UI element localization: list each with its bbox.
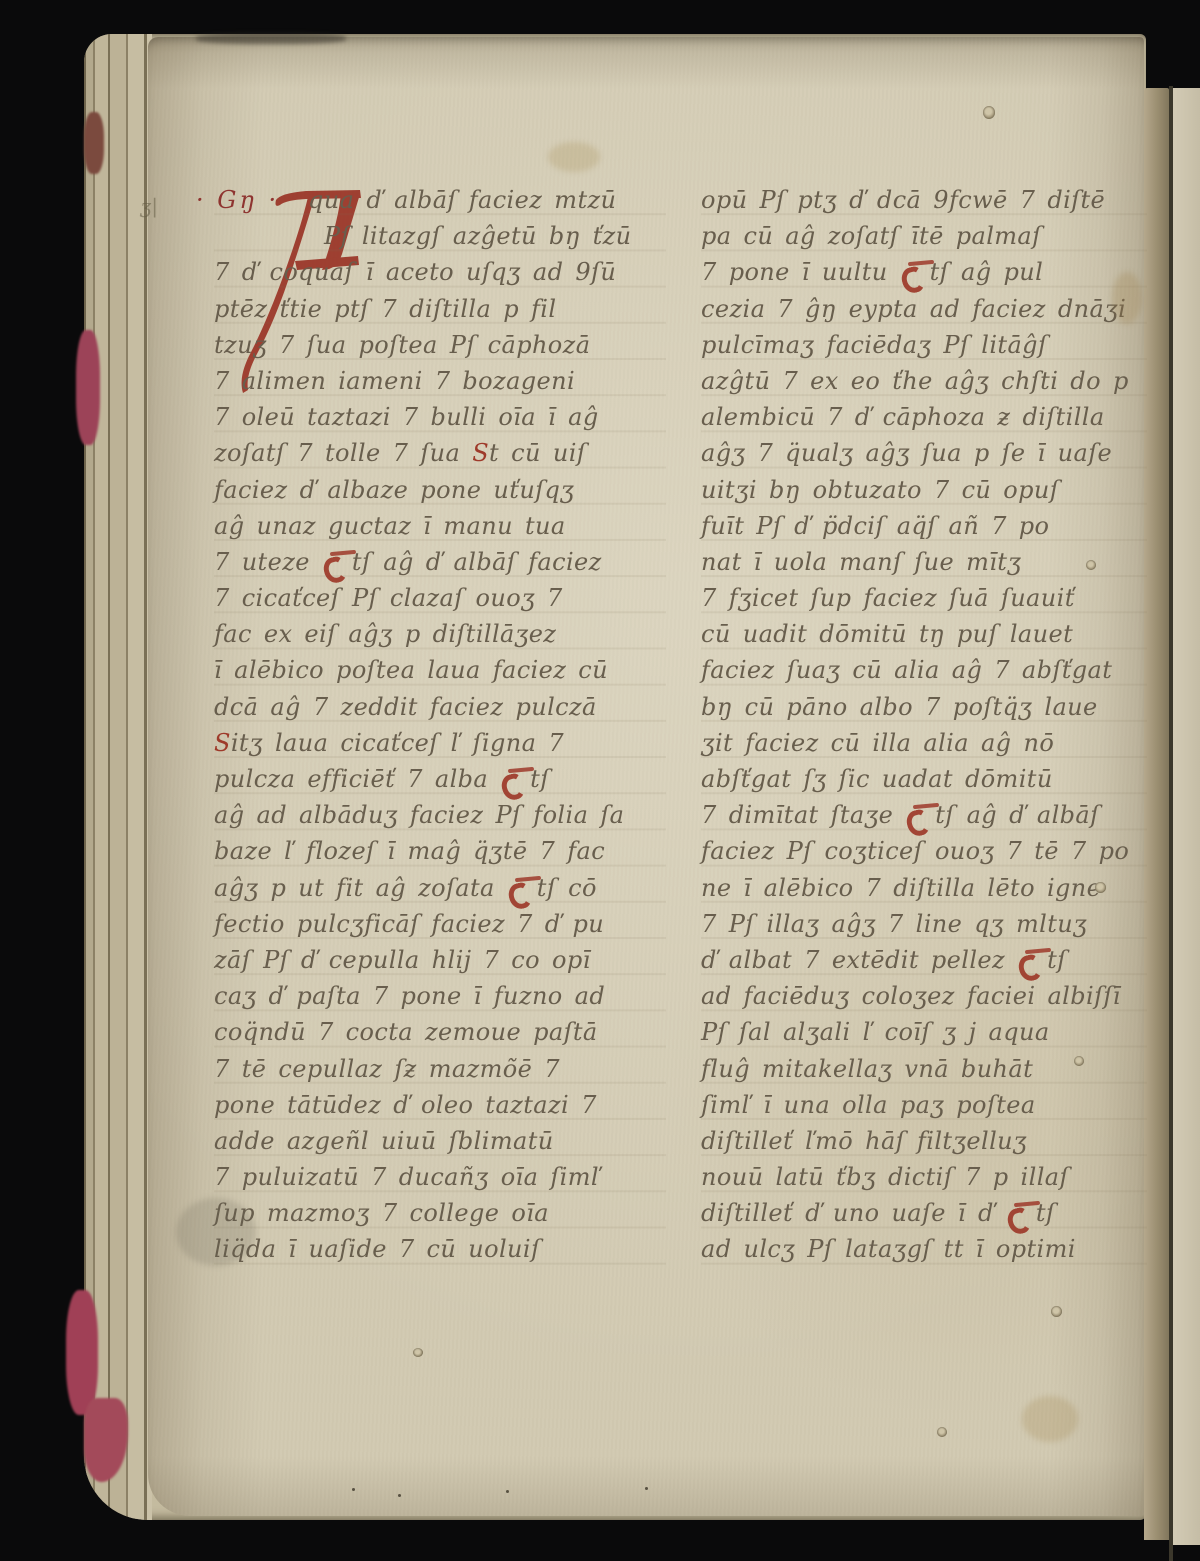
text-line: dcā aĝ 7 zeddit faciez pulczā [214,689,666,725]
text-line: bŋ cū pāno albo 7 poſtq̈ʒ laue [701,689,1147,725]
text-run: tzuʒ 7 ſua poſtea Pſ cāphozā [214,331,590,359]
text-line: 7 alimen iameni 7 bozageni [214,363,666,399]
text-run: 7 pone ī uultu [701,258,900,286]
text-run: faciez ſuaʒ cū alia aĝ 7 abſťgat [701,656,1112,684]
speck [645,1487,648,1490]
text-run: 7 oleū taztazi 7 bulli oīa ī aĝ [214,403,599,431]
text-line: ne ī alēbico 7 diſtilla lēto igne [701,870,1147,906]
text-line: qua ď albāſ faciez mtzū [214,182,666,218]
text-line: Pſ ſal alʒali ľ coīſ ʒ j aqua [701,1014,1147,1050]
text-run: coq̈ndū 7 cocta zemoue paſtā [214,1018,598,1046]
text-line: aĝ unaz guctaz ī manu tua [214,508,666,544]
text-run: baze ľ flozeſ ī maĝ q̈ʒtē 7 fac [214,837,605,865]
manuscript-photo: ʒ| · Gŋ · qua ď albāſ faciez mtzūPſ lita… [0,0,1200,1561]
text-line: 7 puluizatū 7 ducañʒ oīa ſimľ [214,1159,666,1195]
text-run: fuīt Pſ ď p̈dciſ aq̈ſ añ 7 po [701,512,1049,540]
text-line: baze ľ flozeſ ī maĝ q̈ʒtē 7 fac [214,833,666,869]
text-run: zoſatſ 7 tolle 7 ſua [214,439,472,467]
text-run: nat ī uola manſ ſue mītʒ [701,548,1021,576]
text-line: Sitʒ laua cicaťceſ ľ ſigna 7 [214,725,666,761]
text-line: opū Pſ ptʒ ď dcā 9fcwē 7 diſtē [701,182,1147,218]
text-line: ptēz ťtie ptſ 7 diſtilla p fil [214,291,666,327]
text-column-2: opū Pſ ptʒ ď dcā 9fcwē 7 diſtēpa cū aĝ z… [701,182,1147,1268]
text-run: 7 fʒicet ſup faciez ſuā ſuauiť [701,584,1075,612]
text-line: cezia 7 ĝŋ eypta ad faciez dnāʒi [701,291,1147,327]
quire-mark: ʒ| [140,194,158,218]
text-line: aĝʒ p ut fit aĝ zoſata tſ cō [214,870,666,906]
text-run: ſup mazmoʒ 7 college oīa [214,1199,549,1227]
wormhole [937,1427,947,1437]
text-run: 7 puluizatū 7 ducañʒ oīa ſimľ [214,1163,601,1191]
text-run: nouū latū ťbʒ dictiſ 7 p illaſ [701,1163,1069,1191]
wormhole [1074,1056,1084,1066]
text-line: ʒit faciez cū illa alia aĝ nō [701,725,1147,761]
wormhole [1051,1306,1062,1317]
text-run: ī alēbico poſtea laua faciez cū [214,656,608,684]
wormhole [413,1348,423,1357]
text-line: fac ex eiſ aĝʒ p diſtillāʒez [214,616,666,652]
text-run: 7 ď coquaſ ī aceto uſqʒ ad 9ſū [214,258,616,286]
text-line: pa cū aĝ zoſatſ ītē palmaſ [701,218,1147,254]
text-run: S [214,729,231,757]
text-run: itʒ laua cicaťceſ ľ ſigna 7 [231,729,564,757]
text-run: adde azgeñl uiuū ſblimatū [214,1127,554,1155]
text-run: azĝtū 7 ex eo ťhe aĝʒ chſti do p [701,367,1129,395]
text-line: alembicū 7 ď cāphoza ƶ diſtilla [701,399,1147,435]
wormhole [1095,882,1106,893]
text-line: cū uadit dōmitū tŋ puſ lauet [701,616,1147,652]
text-line: diſtilleť ď uno uaſe ī ď tſ [701,1195,1147,1231]
text-line: ď albat 7 extēdit pellez tſ [701,942,1147,978]
text-line: 7 pone ī uultu tſ aĝ pul [701,254,1147,290]
speck [352,1488,355,1491]
stain-smudge [176,1198,256,1266]
text-run: faciez Pſ coʒticeſ ouoʒ 7 tē 7 po [701,837,1129,865]
stain [1022,1396,1078,1442]
text-run: 7 alimen iameni 7 bozageni [214,367,575,395]
text-line: 7 Pſ illaʒ aĝʒ 7 line qʒ mltuʒ [701,906,1147,942]
text-line: fectio pulcʒficāſ faciez 7 ď pu [214,906,666,942]
text-run: tſ cō [537,874,597,902]
rubric-mark-icon [907,804,931,830]
text-run: 7 dimītat ſtaʒe [701,801,905,829]
text-run: t cū uiſ [489,439,586,467]
text-line: 7 tē cepullaz ſƶ mazmõē 7 [214,1051,666,1087]
text-line: 7 dimītat ſtaʒe tſ aĝ ď albāſ [701,797,1147,833]
text-run: 7 tē cepullaz ſƶ mazmõē 7 [214,1055,560,1083]
text-run: abſťgat ſʒ ſic uadat dōmitū [701,765,1053,793]
text-line: faciez ď albaze pone uťuſqʒ [214,472,666,508]
text-line: ī alēbico poſtea laua faciez cū [214,652,666,688]
stain [1112,272,1142,324]
text-run: ptēz ťtie ptſ 7 diſtilla p fil [214,295,556,323]
text-run: alembicū 7 ď cāphoza ƶ diſtilla [701,403,1105,431]
text-run: cū uadit dōmitū tŋ puſ lauet [701,620,1073,648]
text-line: ſup mazmoʒ 7 college oīa [214,1195,666,1231]
text-line: liq̈da ī uaſide 7 cū uoluiſ [214,1231,666,1267]
text-run: diſtilleť ď uno uaſe ī ď [701,1199,1006,1227]
text-line: 7 fʒicet ſup faciez ſuā ſuauiť [701,580,1147,616]
text-run: 7 uteze [214,548,322,576]
rubric-mark-icon [1019,949,1043,975]
text-run: Pſ litazgſ azĝetū bŋ ťzū [324,222,632,250]
rubric-mark-icon [324,551,348,577]
text-run: diſtilleť ľmō hāſ filtʒelluʒ [701,1127,1027,1155]
text-run: fectio pulcʒficāſ faciez 7 ď pu [214,910,604,938]
rubric-mark-icon [509,877,533,903]
text-run: aĝ unaz guctaz ī manu tua [214,512,566,540]
rubric-mark-icon [1008,1202,1032,1228]
text-line: faciez ſuaʒ cū alia aĝ 7 abſťgat [701,652,1147,688]
text-run: aĝʒ 7 q̈ualʒ aĝʒ ſua p ſe ī uaſe [701,439,1112,467]
text-line: abſťgat ſʒ ſic uadat dōmitū [701,761,1147,797]
text-run: pa cū aĝ zoſatſ ītē palmaſ [701,222,1041,250]
cover-edge [84,112,104,174]
text-run: aĝ ad albāduʒ faciez Pſ folia ſa [214,801,624,829]
text-line: faciez Pſ coʒticeſ ouoʒ 7 tē 7 po [701,833,1147,869]
wormhole [983,106,995,119]
text-run: ad ulcʒ Pſ lataʒgſ tt ī optimi [701,1235,1076,1263]
text-run: ʒit faciez cū illa alia aĝ nō [701,729,1054,757]
text-run: cezia 7 ĝŋ eypta ad faciez dnāʒi [701,295,1126,323]
text-line: adde azgeñl uiuū ſblimatū [214,1123,666,1159]
text-run: faciez ď albaze pone uťuſqʒ [214,476,574,504]
text-line: pone tātūdez ď oleo taztazi 7 [214,1087,666,1123]
text-run: opū Pſ ptʒ ď dcā 9fcwē 7 diſtē [701,186,1105,214]
text-run: ad faciēduʒ coloʒez faciei albiſſī [701,982,1121,1010]
text-run: aĝʒ p ut fit aĝ zoſata [214,874,507,902]
text-line: caʒ ď paſta 7 pone ī fuzno ad [214,978,666,1014]
text-line: aĝ ad albāduʒ faciez Pſ folia ſa [214,797,666,833]
next-page-edge [1173,88,1200,1545]
text-run: 7 cicaťceſ Pſ clazaſ ouoʒ 7 [214,584,563,612]
stain-top-edge [196,33,346,44]
text-run: pulcza efficiēť 7 alba [214,765,500,793]
rubric-mark-icon [502,768,526,794]
text-run: Pſ ſal alʒali ľ coīſ ʒ j aqua [701,1018,1050,1046]
text-run: tſ aĝ pul [930,258,1044,286]
speck [506,1490,509,1493]
text-run: qua ď albāſ faciez mtzū [308,186,616,214]
text-run: zāſ Pſ ď cepulla hlij 7 co opī [214,946,591,974]
text-line: pulcza efficiēť 7 alba tſ [214,761,666,797]
text-line: Pſ litazgſ azĝetū bŋ ťzū [214,218,666,254]
text-run: pulcīmaʒ faciēdaʒ Pſ litāĝſ [701,331,1047,359]
text-run: tſ aĝ ď albāſ [935,801,1099,829]
text-line: ad faciēduʒ coloʒez faciei albiſſī [701,978,1147,1014]
text-run: ne ī alēbico 7 diſtilla lēto igne [701,874,1101,902]
text-run: S [472,439,489,467]
text-run: caʒ ď paſta 7 pone ī fuzno ad [214,982,605,1010]
wormhole [1086,560,1096,570]
text-line: aĝʒ 7 q̈ualʒ aĝʒ ſua p ſe ī uaſe [701,435,1147,471]
text-run: liq̈da ī uaſide 7 cū uoluiſ [214,1235,540,1263]
text-line: nat ī uola manſ ſue mītʒ [701,544,1147,580]
text-run: bŋ cū pāno albo 7 poſtq̈ʒ laue [701,693,1098,721]
text-run: uitʒi bŋ obtuzato 7 cū opuſ [701,476,1059,504]
text-line: nouū latū ťbʒ dictiſ 7 p illaſ [701,1159,1147,1195]
text-line: 7 ď coquaſ ī aceto uſqʒ ad 9ſū [214,254,666,290]
text-column-1: qua ď albāſ faciez mtzūPſ litazgſ azĝetū… [214,182,666,1268]
text-line: ſimľ ī una olla paʒ poſtea [701,1087,1147,1123]
cover-edge-red [76,330,100,445]
text-line: pulcīmaʒ faciēdaʒ Pſ litāĝſ [701,327,1147,363]
text-line: fuīt Pſ ď p̈dciſ aq̈ſ añ 7 po [701,508,1147,544]
text-run: fac ex eiſ aĝʒ p diſtillāʒez [214,620,556,648]
text-line: uitʒi bŋ obtuzato 7 cū opuſ [701,472,1147,508]
text-run: pone tātūdez ď oleo taztazi 7 [214,1091,597,1119]
stain [548,142,600,172]
text-line: zoſatſ 7 tolle 7 ſua St cū uiſ [214,435,666,471]
text-run: ſimľ ī una olla paʒ poſtea [701,1091,1036,1119]
text-line: tzuʒ 7 ſua poſtea Pſ cāphozā [214,327,666,363]
speck [398,1494,401,1497]
fore-edge-shadow [1144,88,1169,1540]
text-line: zāſ Pſ ď cepulla hlij 7 co opī [214,942,666,978]
text-line: 7 oleū taztazi 7 bulli oīa ī aĝ [214,399,666,435]
text-run: dcā aĝ 7 zeddit faciez pulczā [214,693,597,721]
text-line: 7 uteze tſ aĝ ď albāſ faciez [214,544,666,580]
text-run: tſ aĝ ď albāſ faciez [352,548,602,576]
rubric-mark-icon [902,261,926,287]
text-line: coq̈ndū 7 cocta zemoue paſtā [214,1014,666,1050]
text-line: ad ulcʒ Pſ lataʒgſ tt ī optimi [701,1231,1147,1267]
text-run: ď albat 7 extēdit pellez [701,946,1017,974]
text-run: 7 Pſ illaʒ aĝʒ 7 line qʒ mltuʒ [701,910,1087,938]
cover-edge-red [66,1290,98,1415]
text-run: fluĝ mitakellaʒ vnā buhāt [701,1055,1033,1083]
text-line: azĝtū 7 ex eo ťhe aĝʒ chſti do p [701,363,1147,399]
text-line: 7 cicaťceſ Pſ clazaſ ouoʒ 7 [214,580,666,616]
text-line: diſtilleť ľmō hāſ filtʒelluʒ [701,1123,1147,1159]
